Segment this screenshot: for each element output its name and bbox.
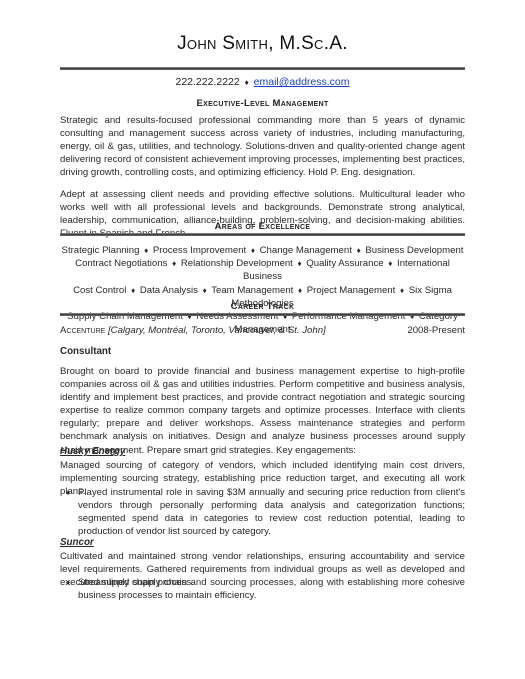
summary-paragraph-1: Strategic and results-focused profession… bbox=[60, 114, 465, 179]
career-track-heading: Career Track bbox=[60, 301, 465, 312]
diamond-separator-icon: ♦ bbox=[249, 246, 257, 255]
diamond-separator-icon: ♦ bbox=[129, 286, 137, 295]
skill-item: Change Management bbox=[260, 245, 352, 256]
diamond-separator-icon: ♦ bbox=[296, 259, 304, 268]
career-rule bbox=[60, 313, 465, 316]
diamond-separator-icon: ♦ bbox=[243, 78, 251, 87]
diamond-bullet-icon: ♦ bbox=[66, 486, 70, 499]
job-header: Accenture [Calgary, Montréal, Toronto, V… bbox=[60, 325, 465, 336]
skill-item: Process Improvement bbox=[153, 245, 246, 256]
company-name: Accenture bbox=[60, 325, 105, 336]
skills-row: Contract Negotiations ♦ Relationship Dev… bbox=[60, 257, 465, 283]
diamond-separator-icon: ♦ bbox=[386, 259, 394, 268]
email-link[interactable]: email@address.com bbox=[254, 76, 350, 88]
engagement-client-suncor: Suncor bbox=[60, 537, 94, 548]
job-locations: [Calgary, Montréal, Toronto, Vancouver, … bbox=[108, 325, 326, 336]
skill-item: Team Management bbox=[211, 285, 293, 296]
skill-item: Quality Assurance bbox=[306, 258, 383, 269]
contact-line: 222.222.2222 ♦ email@address.com bbox=[60, 76, 465, 88]
diamond-separator-icon: ♦ bbox=[142, 246, 150, 255]
skills-row: Strategic Planning ♦ Process Improvement… bbox=[60, 244, 465, 257]
skills-list: Strategic Planning ♦ Process Improvement… bbox=[60, 244, 465, 336]
skill-item: Project Management bbox=[307, 285, 396, 296]
job-description: Brought on board to provide financial an… bbox=[60, 365, 465, 457]
bullet-text: Streamlined supply chain and sourcing pr… bbox=[78, 576, 465, 602]
candidate-name: John Smith, M.Sc.A. bbox=[60, 33, 465, 55]
skill-item: Relationship Development bbox=[181, 258, 293, 269]
diamond-separator-icon: ♦ bbox=[170, 259, 178, 268]
skill-item: Contract Negotiations bbox=[75, 258, 167, 269]
skill-item: Cost Control bbox=[73, 285, 126, 296]
diamond-separator-icon: ♦ bbox=[201, 286, 209, 295]
phone-number: 222.222.2222 bbox=[175, 76, 239, 88]
engagement-client-husky: Husky Energy bbox=[60, 446, 125, 457]
skill-item: Strategic Planning bbox=[62, 245, 140, 256]
header-rule bbox=[60, 67, 465, 70]
areas-rule bbox=[60, 233, 465, 236]
job-title: Consultant bbox=[60, 346, 111, 357]
engagement-bullet-husky: ♦ Played instrumental role in saving $3M… bbox=[60, 486, 465, 538]
skill-item: Business Development bbox=[365, 245, 463, 256]
diamond-separator-icon: ♦ bbox=[398, 286, 406, 295]
diamond-separator-icon: ♦ bbox=[296, 286, 304, 295]
diamond-bullet-icon: ♦ bbox=[66, 576, 70, 589]
diamond-separator-icon: ♦ bbox=[355, 246, 363, 255]
areas-of-excellence-heading: Areas of Excellence bbox=[60, 221, 465, 232]
headline: Executive-Level Management bbox=[60, 98, 465, 109]
job-dates: 2008-Present bbox=[407, 325, 465, 336]
bullet-text: Played instrumental role in saving $3M a… bbox=[78, 486, 465, 538]
skill-item: Data Analysis bbox=[140, 285, 198, 296]
engagement-bullet-suncor: ♦ Streamlined supply chain and sourcing … bbox=[60, 576, 465, 602]
